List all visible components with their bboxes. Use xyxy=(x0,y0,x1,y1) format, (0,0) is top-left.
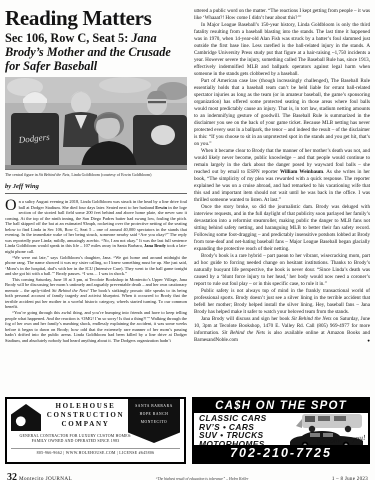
photo-frame: Dodgers xyxy=(5,77,187,170)
cash-on-the-spot-ad[interactable]: CA$H ON THE SPOT CLASSIC CARS RV’S • CAR… xyxy=(192,397,370,464)
article-title: Reading Matters xyxy=(5,7,187,29)
cash-ad-phone-number[interactable]: 702-210-7725 xyxy=(194,445,368,462)
article-photo: Dodgers xyxy=(5,77,187,169)
advertisements-row: HOLEHOUSE CONSTRUCTION COMPANY SANTA BAR… xyxy=(5,397,370,464)
holehouse-name-line2: CONSTRUCTION xyxy=(43,411,128,420)
cash-ad-headline: CA$H ON THE SPOT xyxy=(194,399,368,413)
article-paragraph: “We were out late,” says Goldbloom’s dau… xyxy=(5,255,187,277)
right-column: uttered a public word on the matter. “Th… xyxy=(194,6,370,395)
article-paragraph: Brody’s book is a rare hybrid – part pae… xyxy=(194,253,370,288)
photo-caption: The central figure in Sit Behind the Net… xyxy=(5,172,187,177)
article-paragraph: In Major League Baseball’s 150-year hist… xyxy=(194,22,370,78)
article-paragraph: uttered a public word on the matter. “Th… xyxy=(194,8,370,22)
left-column: Reading Matters Sec 106, Row C, Seat 5: … xyxy=(5,6,187,395)
location-hope-ranch: HOPE RANCH xyxy=(140,412,169,416)
article-subtitle: Sec 106, Row C, Seat 5: Jana Brody’s Mot… xyxy=(5,32,187,73)
article-byline: by Jeff Wing xyxy=(5,183,187,190)
article-columns: Reading Matters Sec 106, Row C, Seat 5: … xyxy=(5,6,370,395)
magazine-page: Reading Matters Sec 106, Row C, Seat 5: … xyxy=(0,0,375,480)
article-paragraph: This coming Saturday, June 10 at 3 pm, a… xyxy=(5,277,187,310)
location-santa-barbara: SANTA BARBARA xyxy=(135,404,173,408)
page-number: 32 xyxy=(7,472,17,480)
article-end-mark: ● xyxy=(360,337,370,344)
journal-footer: 32Montecito JOURNAL “The highest result … xyxy=(5,464,370,480)
article-paragraph: Once the story broke, so did the journal… xyxy=(194,204,370,253)
holehouse-name-line3: COMPANY xyxy=(43,420,128,429)
drop-cap: O xyxy=(5,199,19,212)
cash-ad-body: CLASSIC CARS RV’S • CARS SUV • TRUCKS MO… xyxy=(194,413,368,445)
article-paragraph: Public safety is not always top of mind … xyxy=(194,288,370,316)
article-body-left: On a sultry August evening in 2018, Lind… xyxy=(5,199,187,343)
location-montecito: MONTECITO xyxy=(141,420,168,424)
publication-name: Montecito JOURNAL xyxy=(19,476,72,480)
holehouse-name-line1: HOLEHOUSE xyxy=(43,402,128,411)
article-body-right: uttered a public word on the matter. “Th… xyxy=(194,8,370,344)
article-paragraph: Jana Brody will discuss and sign her boo… xyxy=(194,316,370,344)
article-paragraph: “You’re going through this awful thing, … xyxy=(5,310,187,343)
holehouse-tagline-line2: FAMILY OWNED AND OPERATED SINCE 1983 xyxy=(11,439,140,444)
subtitle-seat-label: Sec 106, Row C, Seat 5: xyxy=(5,31,131,45)
article-paragraph: When it became clear to Brody that the m… xyxy=(194,148,370,204)
article-paragraph: Part of American case law (though increa… xyxy=(194,78,370,148)
footer-left: 32Montecito JOURNAL xyxy=(7,467,72,480)
holehouse-contact-line: 805-966-9662 | WWW.HOLEHOUSE.COM | LICEN… xyxy=(11,448,180,455)
byline-divider xyxy=(5,193,187,194)
house-logo-icon xyxy=(11,404,41,431)
holehouse-construction-ad[interactable]: HOLEHOUSE CONSTRUCTION COMPANY SANTA BAR… xyxy=(5,397,186,464)
article-paragraph: On a sultry August evening in 2018, Lind… xyxy=(5,199,187,254)
